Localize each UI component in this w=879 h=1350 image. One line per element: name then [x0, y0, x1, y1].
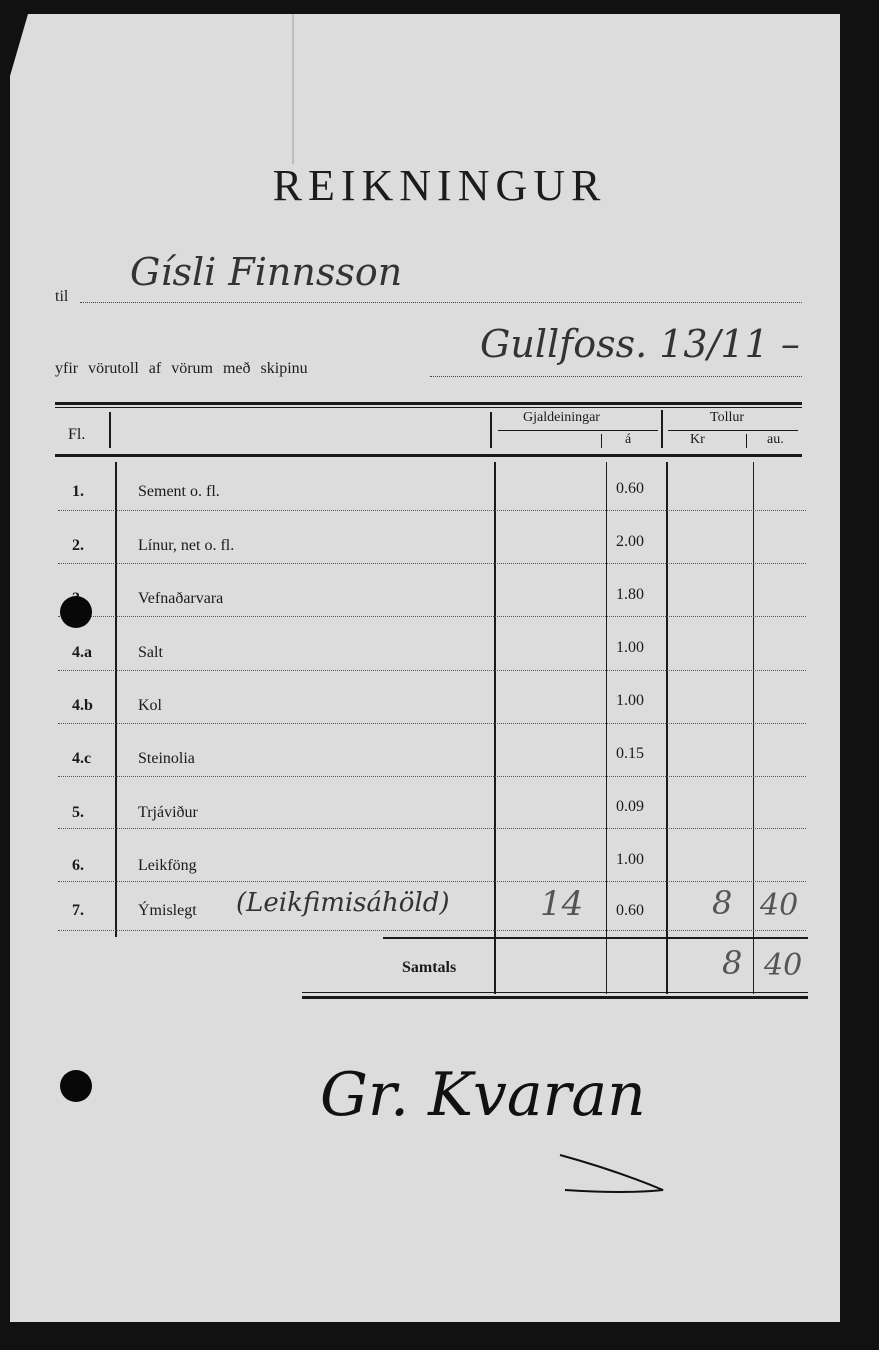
recipient-line — [80, 302, 802, 303]
vline-fl-header — [109, 412, 111, 448]
recipient-label: til — [55, 288, 68, 306]
vline-au-header — [746, 434, 747, 448]
row-fl: 4.b — [72, 697, 93, 715]
signature-flourish — [555, 1150, 675, 1195]
row-item: Kol — [138, 697, 162, 715]
header-subrule-tollur — [668, 430, 798, 431]
row-rate: 0.60 — [616, 480, 644, 498]
row-divider — [58, 776, 806, 777]
signature: Gr. Kvaran — [320, 1060, 646, 1130]
total-label: Samtals — [402, 959, 456, 977]
row-au-handwritten: 40 — [760, 888, 798, 923]
row-rate: 1.00 — [616, 639, 644, 657]
row-divider — [58, 616, 806, 617]
total-top-rule — [383, 937, 808, 939]
row-item: Leikföng — [138, 857, 197, 875]
row-divider — [58, 828, 806, 829]
row-item: Línur, net o. fl. — [138, 537, 234, 555]
header-au: au. — [767, 432, 784, 448]
document-title: REIKNINGUR — [0, 160, 879, 211]
vline-au — [753, 462, 754, 994]
vline-units — [494, 462, 496, 994]
paper-crease — [292, 14, 294, 164]
header-kr: Kr — [690, 432, 705, 448]
header-subrule-gjald — [498, 430, 658, 431]
row-divider — [58, 510, 806, 511]
row-item: Vefnaðarvara — [138, 590, 223, 608]
vline-fl — [115, 462, 117, 937]
header-tollur: Tollur — [710, 410, 744, 426]
header-gjaldeiningar: Gjaldeiningar — [523, 410, 600, 426]
header-bottom-rule — [55, 454, 802, 457]
total-au-handwritten: 40 — [764, 948, 802, 983]
total-bottom-rule — [302, 996, 808, 999]
row-divider — [58, 881, 806, 882]
row-rate: 1.80 — [616, 586, 644, 604]
ship-label: yfir vörutoll af vörum með skipinu — [55, 360, 308, 378]
table-top-rule — [55, 402, 802, 405]
vline-kr — [666, 462, 668, 994]
row-rate: 0.09 — [616, 798, 644, 816]
vline-tollur-header — [661, 410, 663, 448]
header-a: á — [625, 432, 631, 448]
row-fl: 4.a — [72, 644, 92, 662]
row-divider — [58, 670, 806, 671]
row-item: Ýmislegt — [138, 902, 197, 920]
row-fl: 5. — [72, 804, 84, 822]
vline-a-header — [601, 434, 602, 448]
ship-handwritten: Gullfoss. 13/11 – — [480, 322, 800, 366]
row-rate: 1.00 — [616, 692, 644, 710]
vline-rate — [606, 462, 607, 994]
punch-hole-icon — [60, 596, 92, 628]
row-rate: 1.00 — [616, 851, 644, 869]
row-item: Steinolia — [138, 750, 195, 768]
row-divider — [58, 563, 806, 564]
row-divider — [58, 723, 806, 724]
total-kr-handwritten: 8 — [722, 944, 742, 982]
ship-line — [430, 376, 802, 377]
row-fl: 4.c — [72, 750, 91, 768]
row-rate: 0.60 — [616, 902, 644, 920]
row-kr-handwritten: 8 — [712, 884, 732, 922]
row-rate: 0.15 — [616, 745, 644, 763]
row-units-handwritten: 14 — [540, 884, 583, 924]
header-fl: Fl. — [68, 426, 85, 444]
row-fl: 2. — [72, 537, 84, 555]
vline-gjald-header — [490, 412, 492, 448]
row-fl: 6. — [72, 857, 84, 875]
row-divider — [58, 930, 806, 931]
recipient-handwritten: Gísli Finnsson — [130, 250, 402, 294]
row-fl: 1. — [72, 483, 84, 501]
row-fl: 7. — [72, 902, 84, 920]
row-item: Trjáviður — [138, 804, 198, 822]
row-rate: 2.00 — [616, 533, 644, 551]
row-item-note-handwritten: (Leikfimisáhöld) — [236, 888, 450, 918]
row-item: Salt — [138, 644, 163, 662]
total-bottom-rule-thin — [302, 992, 808, 993]
punch-hole-icon — [60, 1070, 92, 1102]
row-item: Sement o. fl. — [138, 483, 220, 501]
table-top-rule-thin — [55, 407, 802, 408]
